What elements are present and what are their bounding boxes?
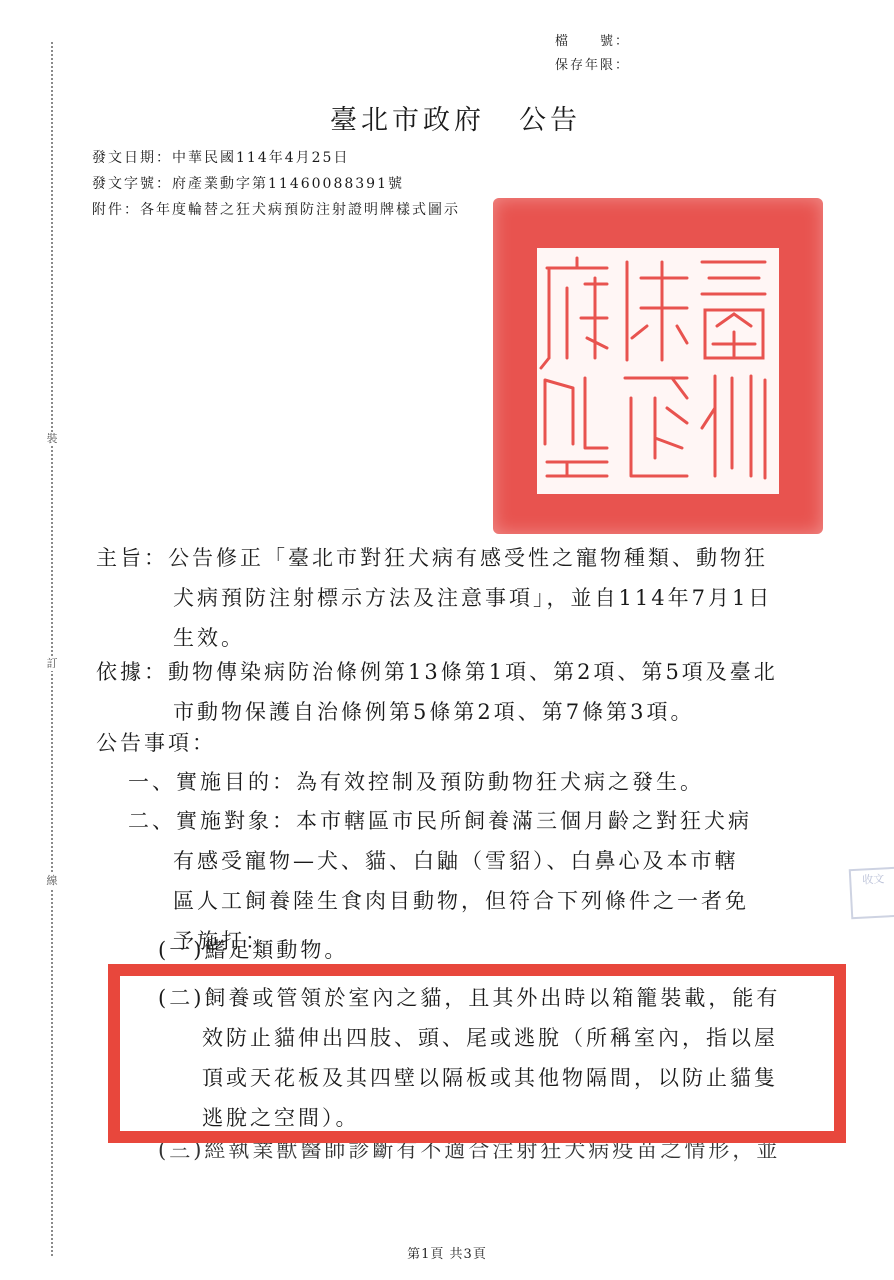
seal-script-icon	[537, 248, 779, 494]
basis-section: 依據：動物傳染病防治條例第13條第1項、第2項、第5項及臺北 市動物保護自治條例…	[96, 652, 836, 732]
document-type: 公告	[519, 105, 581, 136]
retention-period-label: 保存年限：	[555, 56, 630, 76]
document-title: 臺北市政府公告	[330, 98, 581, 137]
subject-line-2: 犬病預防注射標示方法及注意事項」，並自114年7月1日	[96, 578, 836, 618]
binding-char-bind: 裝	[44, 432, 60, 446]
announcement-item-1: 一、實施目的：為有效控制及預防動物狂犬病之發生。	[128, 762, 704, 802]
binding-dotted-line	[51, 42, 53, 1256]
page-indicator: 第1頁 共3頁	[0, 1243, 894, 1262]
binding-char-staple: 訂	[44, 657, 60, 671]
subject-line-1: 主旨：公告修正「臺北市對狂犬病有感受性之寵物種類、動物狂	[96, 538, 836, 578]
item2-line-2: 有感受寵物—犬、貓、白鼬（雪貂）、白鼻心及本市轄	[128, 841, 848, 881]
item2-line-3: 區人工飼養陸生食肉目動物，但符合下列條件之一者免	[128, 881, 848, 921]
subject-section: 主旨：公告修正「臺北市對狂犬病有感受性之寵物種類、動物狂 犬病預防注射標示方法及…	[96, 538, 836, 658]
receipt-stamp: 收文	[849, 867, 894, 919]
binding-char-line: 線	[44, 874, 60, 888]
archive-number-label: 檔 號：	[555, 32, 630, 52]
basis-line-1: 依據：動物傳染病防治條例第13條第1項、第2項、第5項及臺北	[96, 652, 836, 692]
announcement-heading: 公告事項：	[96, 723, 216, 763]
seal-inner-field	[537, 248, 779, 494]
document-number: 發文字號：府產業動字第11460088391號	[92, 171, 404, 197]
attachment-line: 附件：各年度輪替之狂犬病預防注射證明牌樣式圖示	[92, 197, 460, 223]
official-seal	[493, 198, 823, 534]
highlight-frame	[108, 964, 846, 1143]
issuer-name: 臺北市政府	[330, 105, 485, 136]
issue-date: 發文日期：中華民國114年4月25日	[92, 145, 349, 171]
item2-line-1: 二、實施對象：本市轄區市民所飼養滿三個月齡之對狂犬病	[128, 801, 848, 841]
